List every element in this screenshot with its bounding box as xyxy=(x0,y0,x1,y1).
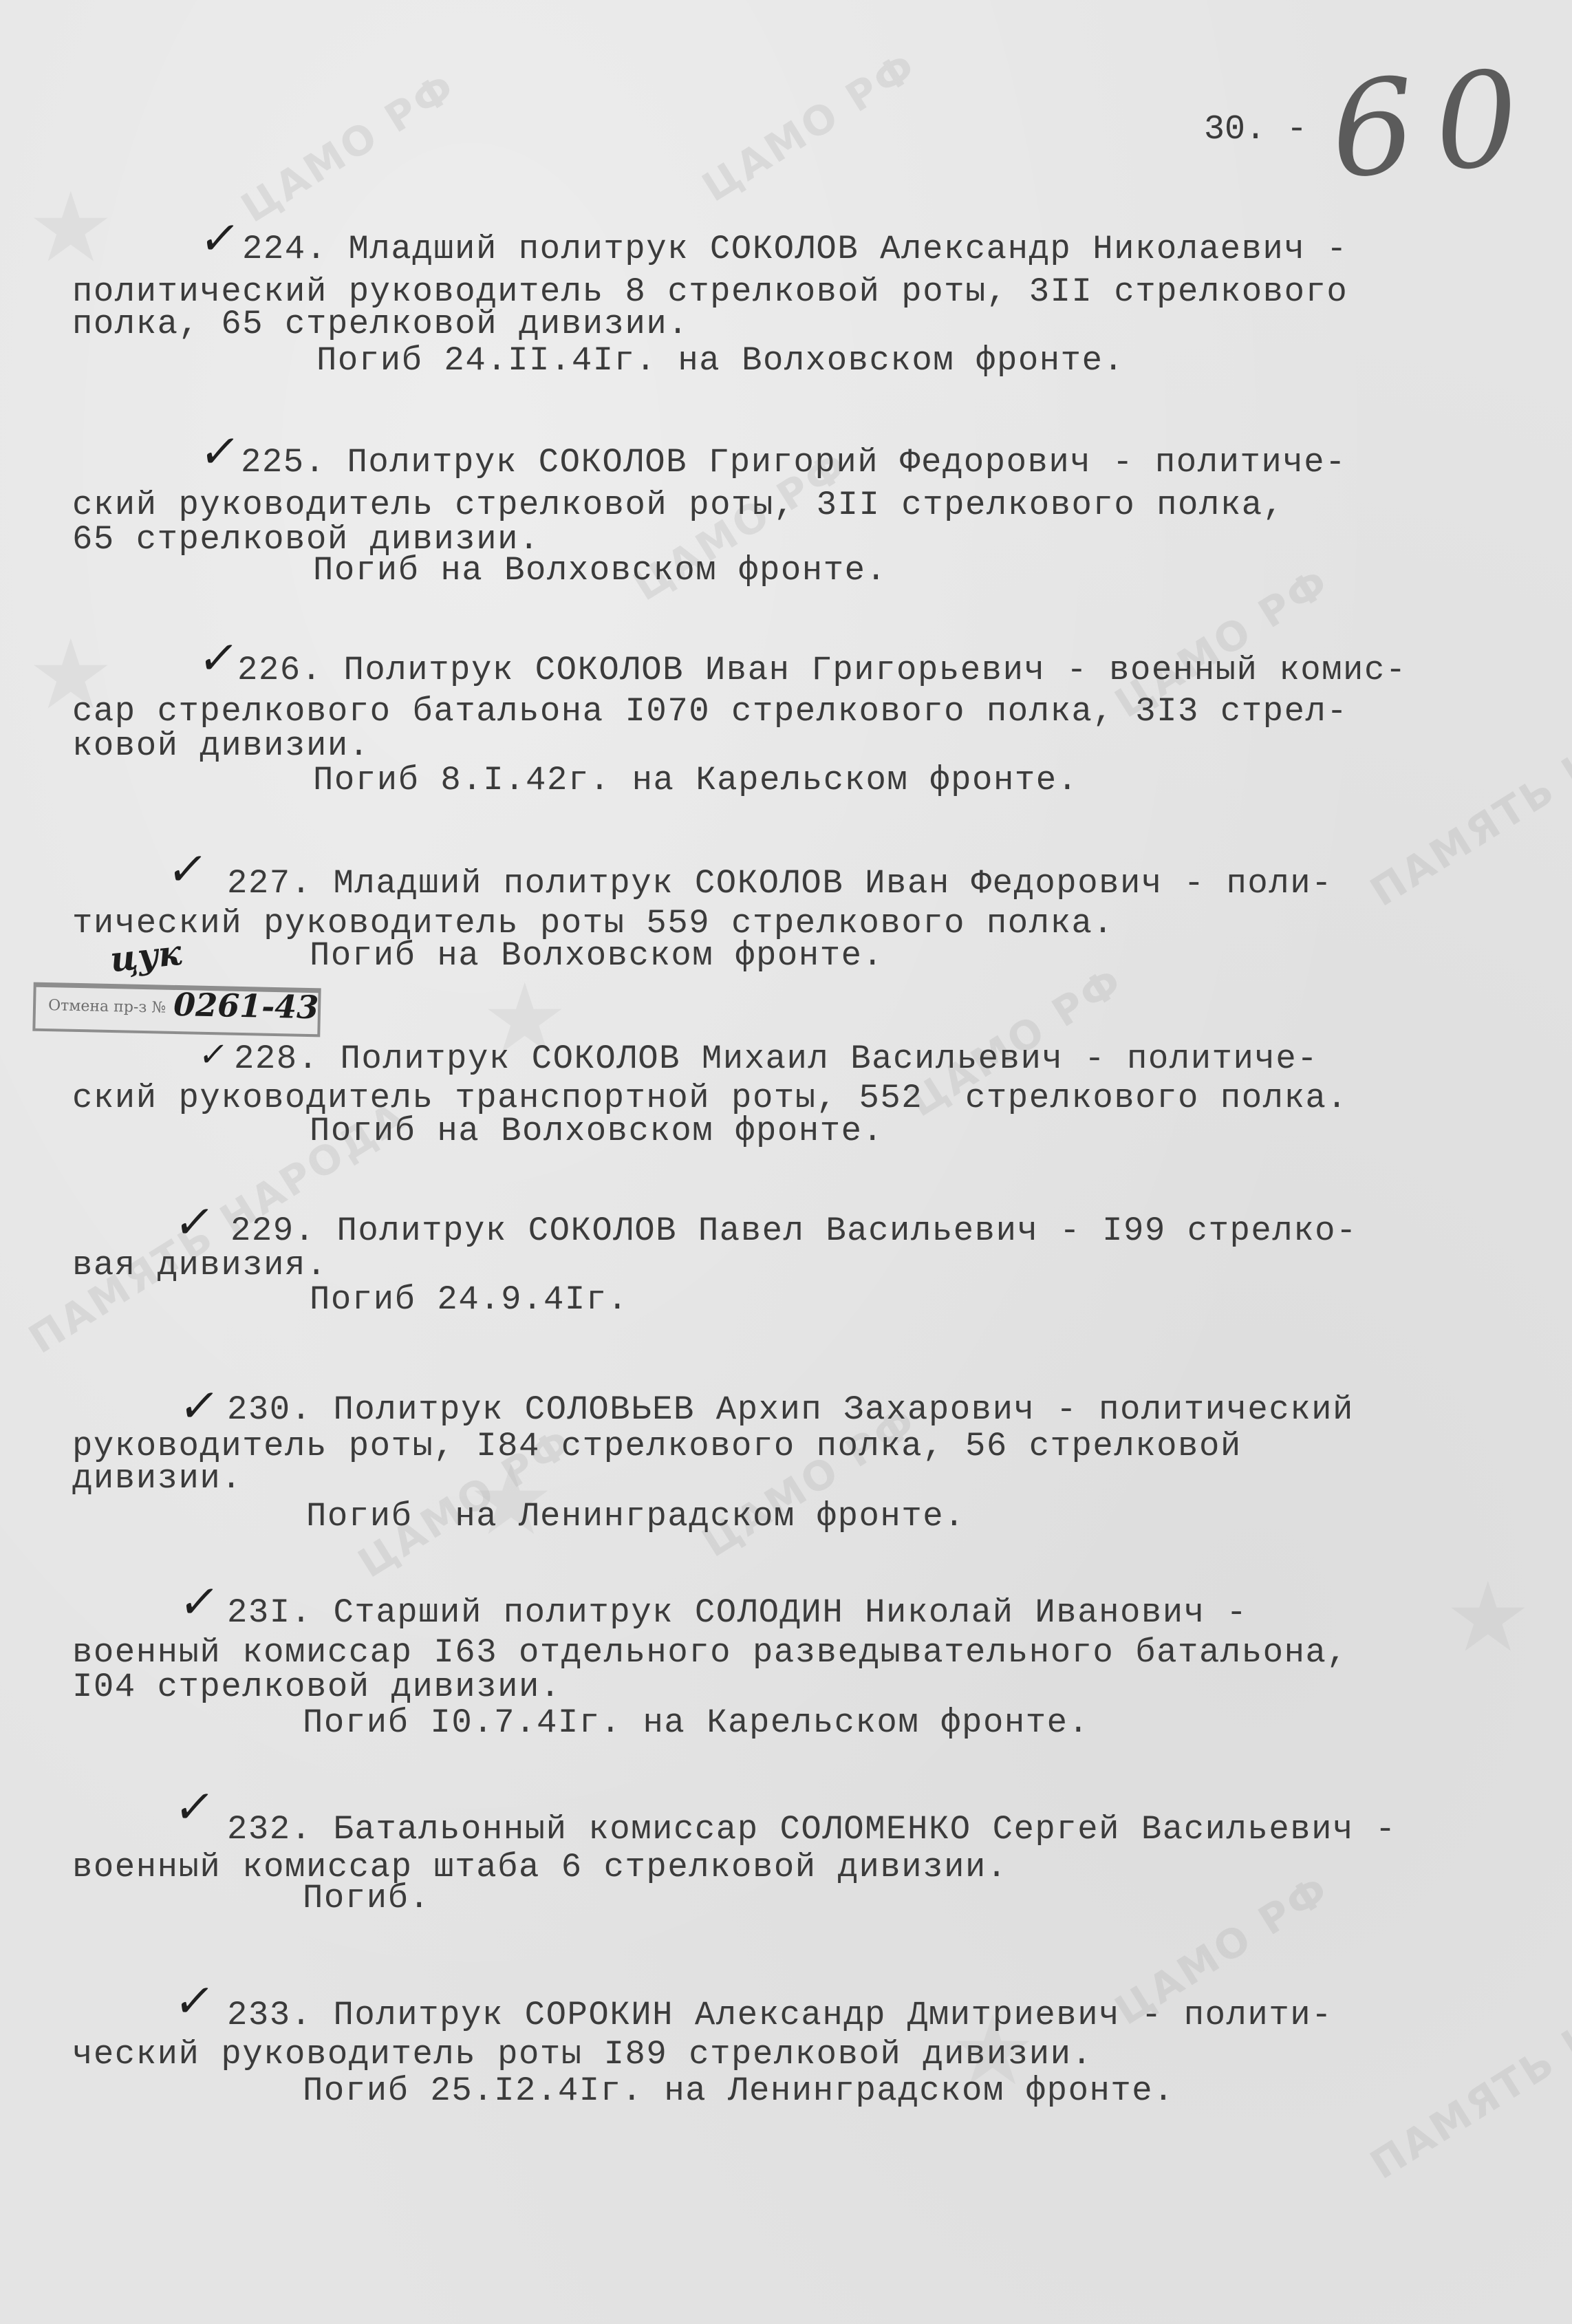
record-fate: Погиб на Волховском фронте. xyxy=(310,939,883,973)
archival-document-page: ЦАМО РФ ЦАМО РФ ЦАМО РФ ЦАМО РФ ЦАМО РФ … xyxy=(0,0,1572,2324)
record-line: политический руководитель 8 стрелковой р… xyxy=(72,275,1348,309)
record-line: вая дивизия. xyxy=(72,1249,327,1282)
record-fate: Погиб на Волховском фронте. xyxy=(313,554,887,588)
record-line: 226. Политрук СОКОЛОВ Иван Григорьевич -… xyxy=(237,654,1407,687)
record-line: 229. Политрук СОКОЛОВ Павел Васильевич -… xyxy=(230,1214,1357,1248)
record-line: 230. Политрук СОЛОВЬЕВ Архип Захарович -… xyxy=(227,1393,1354,1427)
handwritten-folio-number: 60 xyxy=(1326,41,1544,208)
watermark: ЦАМО РФ xyxy=(233,63,464,231)
checkmark-icon: ✓ xyxy=(164,843,211,896)
cancellation-stamp: Отмена пр-з № 0261-43 xyxy=(32,982,321,1037)
record-line: 225. Политрук СОКОЛОВ Григорий Федорович… xyxy=(241,446,1346,480)
star-watermark-icon: ★ xyxy=(1445,1562,1531,1674)
watermark: ЦАМО РФ xyxy=(694,42,925,211)
checkmark-icon: ✓ xyxy=(171,1196,218,1249)
record-line: сар стрелкового батальона I070 стрелково… xyxy=(72,695,1348,729)
record-line: 233. Политрук СОРОКИН Александр Дмитриев… xyxy=(227,1999,1333,2032)
record-line: ский руководитель стрелковой роты, 3II с… xyxy=(72,488,1284,522)
record-fate: Погиб 24.II.4Iг. на Волховском фронте. xyxy=(316,344,1124,378)
star-watermark-icon: ★ xyxy=(28,172,114,284)
checkmark-icon: ✓ xyxy=(175,1379,223,1432)
record-line: военный комиссар штаба 6 стрелковой диви… xyxy=(72,1851,1008,1884)
checkmark-icon: ✓ xyxy=(195,632,242,685)
record-fate: Погиб на Ленинградском фронте. xyxy=(306,1500,965,1534)
handwritten-margin-note: цук xyxy=(108,932,184,980)
record-line: ковой дивизии. xyxy=(72,729,370,763)
stamp-printed-text: Отмена пр-з № xyxy=(48,997,166,1017)
record-line: 224. Младший политрук СОКОЛОВ Александр … xyxy=(242,233,1348,266)
record-fate: Погиб I0.7.4Iг. на Карельском фронте. xyxy=(303,1706,1089,1740)
record-fate: Погиб на Волховском фронте. xyxy=(310,1115,883,1148)
record-line: 23I. Старший политрук СОЛОДИН Николай Ив… xyxy=(227,1596,1247,1630)
checkmark-icon: ✓ xyxy=(196,1035,230,1074)
record-line: ческий руководитель роты I89 стрелковой … xyxy=(72,2038,1092,2072)
record-line: 232. Батальонный комиссар СОЛОМЕНКО Серг… xyxy=(227,1813,1397,1847)
record-fate: Погиб 25.I2.4Iг. на Ленинградском фронте… xyxy=(303,2074,1174,2108)
checkmark-icon: ✓ xyxy=(196,425,244,478)
record-line: 228. Политрук СОКОЛОВ Михаил Васильевич … xyxy=(234,1042,1318,1076)
record-line: ский руководитель транспортной роты, 552… xyxy=(72,1082,1348,1115)
record-line: дивизии. xyxy=(72,1462,242,1496)
record-line: руководитель роты, I84 стрелкового полка… xyxy=(72,1430,1242,1463)
checkmark-icon: ✓ xyxy=(196,212,244,265)
record-line: 227. Младший политрук СОКОЛОВ Иван Федор… xyxy=(227,867,1333,901)
record-line: полка, 65 стрелковой дивизии. xyxy=(72,308,689,341)
record-fate: Погиб. xyxy=(303,1882,430,1915)
checkmark-icon: ✓ xyxy=(171,1975,218,2027)
record-fate: Погиб 8.I.42г. на Карельском фронте. xyxy=(313,764,1079,797)
watermark: ПАМЯТЬ НАРОДА xyxy=(1362,1917,1572,2188)
checkmark-icon: ✓ xyxy=(175,1575,223,1628)
stamp-handwritten-order-number: 0261-43 xyxy=(173,986,319,1026)
record-line: I04 стрелковой дивизии. xyxy=(72,1670,561,1704)
record-fate: Погиб 24.9.4Iг. xyxy=(310,1283,629,1317)
record-line: тический руководитель роты 559 стрелково… xyxy=(72,907,1114,940)
record-line: военный комиссар I63 отдельного разведыв… xyxy=(72,1636,1348,1670)
checkmark-icon: ✓ xyxy=(171,1780,218,1833)
typed-page-number: 30. - xyxy=(1204,110,1307,149)
